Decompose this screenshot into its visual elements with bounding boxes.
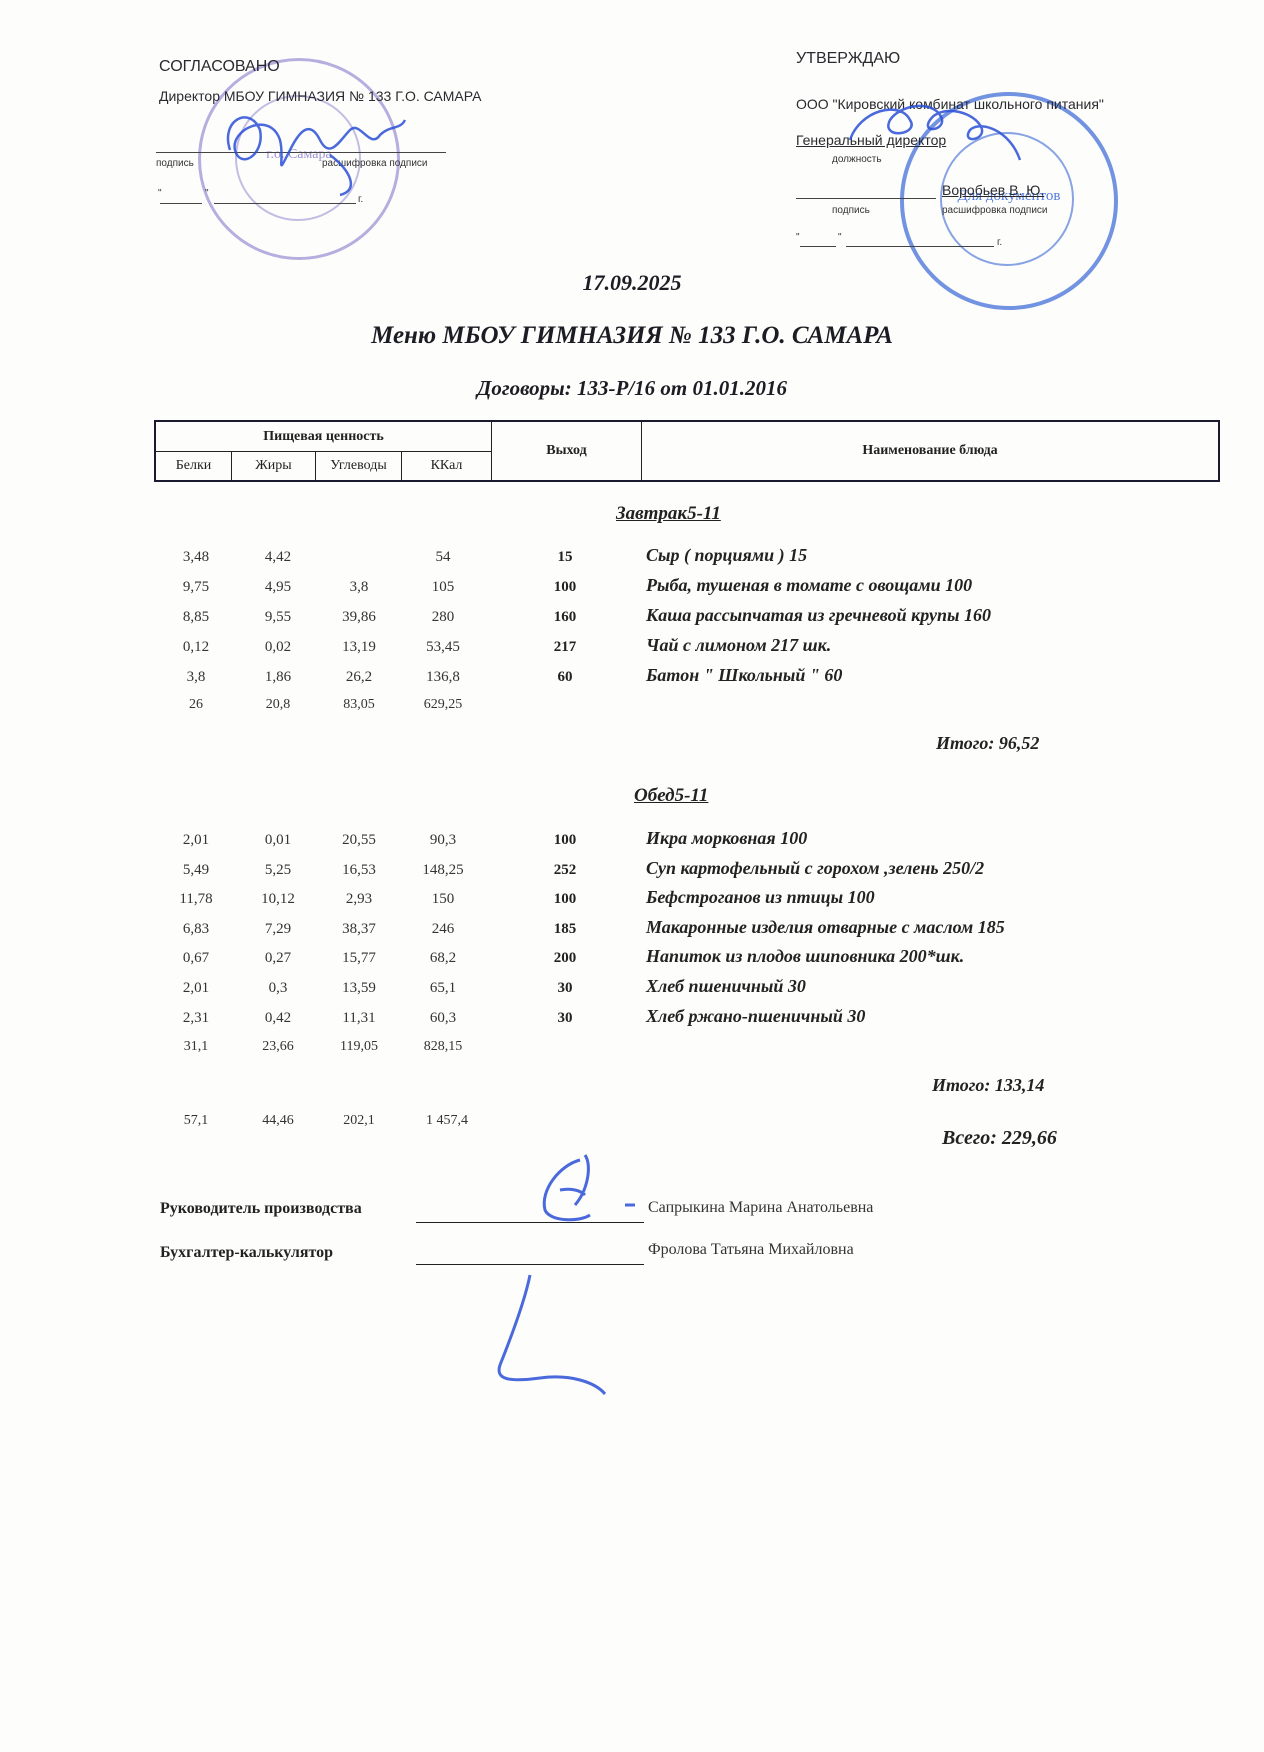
header-fat: Жиры <box>232 452 316 480</box>
approved-decoding-label: расшифровка подписи <box>942 205 1048 216</box>
dish-name: Рыба, тушеная в томате с овощами 100 <box>646 575 972 596</box>
dish-name: Сыр ( порциями ) 15 <box>646 545 807 566</box>
header-protein: Белки <box>156 452 232 480</box>
director-signature <box>210 100 430 200</box>
dish-name: Макаронные изделия отварные с маслом 185 <box>646 917 1005 938</box>
header-kcal: ККал <box>402 452 492 480</box>
section-title: Обед5-11 <box>634 785 708 807</box>
general-director-signature <box>840 80 1040 180</box>
agreed-signature-label: подпись <box>156 158 194 169</box>
header-dish-name: Наименование блюда <box>642 422 1218 480</box>
production-head-signature <box>530 1150 670 1230</box>
signature-name: Фролова Татьяна Михайловна <box>648 1241 854 1259</box>
dish-name: Икра морковная 100 <box>646 828 807 849</box>
header-output: Выход <box>492 422 642 480</box>
signature-name: Сапрыкина Марина Анатольевна <box>648 1199 873 1217</box>
signature-role: Руководитель производства <box>160 1200 362 1218</box>
dish-name: Хлеб пшеничный 30 <box>646 976 806 997</box>
approved-signature-label: подпись <box>832 205 870 216</box>
signature-role: Бухгалтер-калькулятор <box>160 1244 333 1262</box>
dish-name: Бефстроганов из птицы 100 <box>646 887 875 908</box>
lunch-total: Итого: 133,14 <box>932 1075 1044 1096</box>
header-carbs: Углеводы <box>316 452 402 480</box>
dish-name: Каша рассыпчатая из гречневой крупы 160 <box>646 605 991 626</box>
contract-info: Договоры: 133-Р/16 от 01.01.2016 <box>0 376 1264 401</box>
approved-title: УТВЕРЖДАЮ <box>796 50 900 68</box>
dish-name: Чай с лимоном 217 шк. <box>646 635 831 656</box>
agreed-title: СОГЛАСОВАНО <box>159 58 280 76</box>
approved-name: Воробьев В. Ю. <box>942 182 1044 198</box>
header-nutrition-group: Пищевая ценность <box>156 422 492 452</box>
dish-name: Хлеб ржано-пшеничный 30 <box>646 1006 865 1027</box>
dish-name: Напиток из плодов шиповника 200*шк. <box>646 946 964 967</box>
grand-total: Всего: 229,66 <box>942 1127 1057 1150</box>
table-header: Пищевая ценность Белки Жиры Углеводы ККа… <box>154 420 1220 482</box>
dish-name: Суп картофельный с горохом ,зелень 250/2 <box>646 858 984 879</box>
accountant-signature <box>480 1270 620 1400</box>
section-title: Завтрак5-11 <box>616 503 721 525</box>
breakfast-total: Итого: 96,52 <box>936 733 1039 754</box>
menu-date: 17.09.2025 <box>0 270 1264 296</box>
menu-title: Меню МБОУ ГИМНАЗИЯ № 133 Г.О. САМАРА <box>0 322 1264 350</box>
dish-name: Батон " Школьный " 60 <box>646 665 842 686</box>
